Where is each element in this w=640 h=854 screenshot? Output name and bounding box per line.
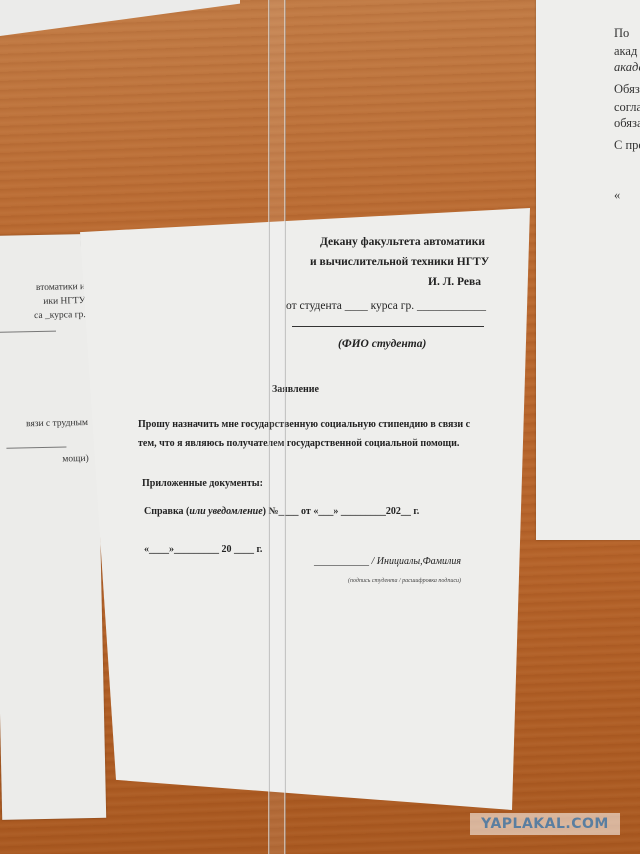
left-notice-line: вязи с трудным [26,418,88,429]
signature-caption: (подпись студента / расшифровка подписи) [348,578,461,584]
glass-edge-line [268,0,270,854]
attachment-prefix: Справка ( [144,506,189,517]
addressee-line-2: и вычислительной техники НГТУ [310,256,489,268]
paper-strip-top [0,0,240,36]
body-line-1: Прошу назначить мне государственную соци… [138,419,470,430]
left-notice-line: втоматики и [36,282,85,293]
attachments-label: Приложенные документы: [142,478,263,489]
right-notice-line: По [614,26,629,41]
right-notice-line: согла [614,100,640,115]
watermark: YAPLAKAL.COM [470,813,620,835]
underline [6,446,66,448]
application-form: Декану факультета автоматики и вычислите… [80,208,530,810]
from-student-line: от студента ____ курса гр. ____________ [286,300,486,312]
addressee-line-1: Декану факультета автоматики [320,236,485,248]
underline [0,331,56,333]
right-notice-line: обяза [614,116,640,131]
right-notice-line: Обяз [614,82,640,97]
attachment-italic: или уведомление [189,506,262,517]
addressee-line-3: И. Л. Рева [428,276,481,288]
right-notice-line: С про [614,138,640,153]
left-notice-line: мощи) [62,454,89,465]
left-notice-line: са _курса гр. [34,310,86,321]
right-notice-line: « [614,188,620,203]
left-notice-line: ики НГТУ [43,296,85,307]
glass-edge-band [270,0,284,854]
attachment-suffix: ) №____ от «___» _________202__ г. [263,506,420,517]
name-caption: (ФИО студента) [338,338,426,350]
name-underline [292,326,484,327]
signature-line: ___________ / Инициалы,Фамилия [314,556,461,567]
glass-edge-line [284,0,286,854]
right-notice-line: акад [614,44,637,59]
date-line: «____»_________ 20 ____ г. [144,544,262,555]
right-notice-line: акаде [614,60,640,75]
body-line-2: тем, что я являюсь получателем государст… [138,438,459,449]
right-notice: По акад акаде Обяз согла обяза С про « [536,0,640,540]
